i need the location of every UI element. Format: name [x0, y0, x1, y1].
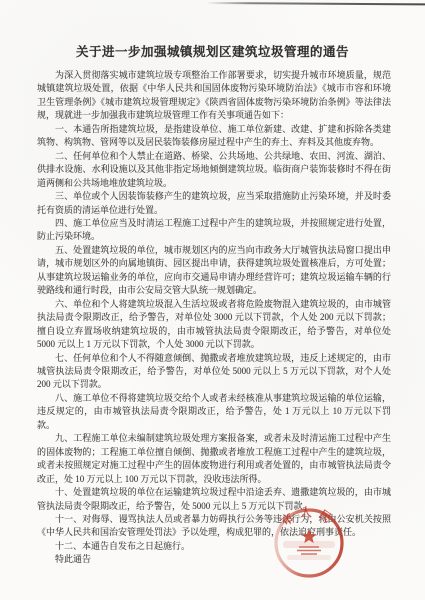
notice-paragraph-list: 一、本通告所指建筑垃圾，是指建设单位、施工单位新建、改建、扩建和拆除各类建筑物、… [37, 123, 391, 554]
notice-paragraph: 五、处置建筑垃圾的单位，城市规划区内的应当向市政务大厅城管执法局窗口提出申请，城… [37, 244, 391, 298]
notice-paragraph: 三、单位或个人因装饰装修产生的建筑垃圾，应当采取措施防止污染环境，并及时委托有资… [37, 190, 391, 217]
notice-paragraph: 十、处置建筑垃圾的单位在运输建筑垃圾过程中沿途丢弃、遗撒建筑垃圾的，由市城管执法… [37, 486, 391, 513]
notice-paragraph: 四、施工单位应当及时清运工程施工过程中产生的建筑垃圾，并按照规定进行处置，防止污… [37, 217, 391, 244]
notice-closing: 特此通告 [37, 553, 391, 566]
notice-paragraph: 一、本通告所指建筑垃圾，是指建设单位、施工单位新建、改建、扩建和拆除各类建筑物、… [37, 123, 391, 150]
notice-paragraph: 十二、本通告自发布之日起施行。 [37, 540, 391, 553]
notice-paragraph: 九、工程施工单位未编制建筑垃圾处理方案报备案，或者未及时清运施工过程中产生的固体… [37, 432, 391, 486]
scan-edge-shadow [206, 2, 425, 5]
scanned-notice-page: 关于进一步加强城镇规划区建筑垃圾管理的通告 为深入贯彻落实城市建筑垃圾专项整治工… [0, 0, 425, 600]
notice-paragraph: 十一、对侮辱、谩骂执法人员或者暴力妨碍执行公务等违法行为，将由公安机关按照《中华… [37, 513, 391, 540]
notice-title: 关于进一步加强城镇规划区建筑垃圾管理的通告 [0, 42, 425, 60]
notice-paragraph: 八、施工单位不得将建筑垃圾交给个人或者未经核准从事建筑垃圾运输的单位运输，违反规… [37, 392, 391, 432]
notice-paragraph: 二、任何单位和个人禁止在道路、桥梁、公共场地、公共绿地、农田、河流、湖泊、供排水… [37, 150, 391, 190]
notice-paragraph: 六、单位和个人将建筑垃圾混入生活垃圾或者将危险废物混入建筑垃圾的，由市城管执法局… [37, 298, 391, 352]
notice-paragraph: 七、任何单位和个人不得随意倾倒、抛撒或者堆放建筑垃圾，违反上述规定的，由市城管执… [37, 352, 391, 392]
notice-body: 为深入贯彻落实城市建筑垃圾专项整治工作部署要求，切实提升城市环境质量，规范城镇建… [37, 69, 391, 567]
notice-intro-paragraph: 为深入贯彻落实城市建筑垃圾专项整治工作部署要求，切实提升城市环境质量，规范城镇建… [37, 69, 391, 123]
